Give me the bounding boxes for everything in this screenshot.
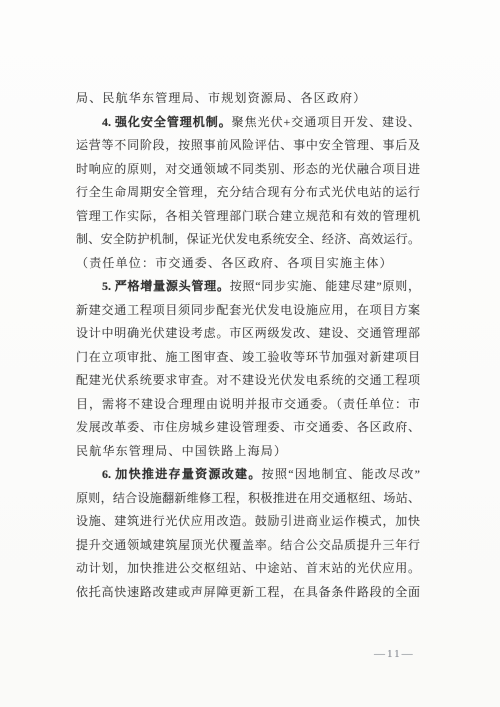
text-line: 门在立项审批、施工图审查、竣工验收等环节加强对新建项目 — [76, 346, 420, 370]
text-line: 民航华东管理局、中国铁路上海局） — [76, 440, 420, 464]
line-text: 门在立项审批、施工图审查、竣工验收等环节加强对新建项目 — [76, 350, 420, 364]
text-line: 制、安全防护机制，保证光伏发电系统安全、经济、高效运行。 — [76, 228, 420, 252]
line-text: 设计中明确光伏建设考虑。市区两级发改、建设、交通管理部 — [76, 326, 420, 340]
line-text: 目，需将不建设合理理由说明并报市交通委。（责任单位：市 — [76, 397, 420, 411]
line-text: 制、安全防护机制，保证光伏发电系统安全、经济、高效运行。 — [76, 232, 420, 246]
text-line: 4. 强化安全管理机制。聚焦光伏+交通项目开发、建设、 — [76, 111, 420, 135]
text-line: 设施、建筑进行光伏应用改造。鼓励引进商业运作模式，加快 — [76, 510, 420, 534]
line-text: 配建光伏系统要求审查。对不建设光伏发电系统的交通工程项 — [76, 373, 420, 387]
line-text: 提升交通领域建筑屋顶光伏覆盖率。结合公交品质提升三年行 — [76, 538, 420, 552]
body-text: 局、民航华东管理局、市规划资源局、各区政府） 4. 强化安全管理机制。聚焦光伏+… — [76, 87, 420, 604]
line-text: 民航华东管理局、中国铁路上海局） — [76, 444, 287, 458]
line-text: 局、民航华东管理局、市规划资源局、各区政府） — [76, 91, 366, 105]
text-line: 行全生命周期安全管理，充分结合现有分布式光伏电站的运行 — [76, 181, 420, 205]
paragraph-heading: 6. 加快推进存量资源改建。 — [102, 467, 262, 481]
text-line: 时响应的原则，对交通领域不同类别、形态的光伏融合项目进 — [76, 158, 420, 182]
text-line: 目，需将不建设合理理由说明并报市交通委。（责任单位：市 — [76, 393, 420, 417]
text-line: 原则，结合设施翻新维修工程，积极推进在用交通枢纽、场站、 — [76, 487, 420, 511]
document-page: 局、民航华东管理局、市规划资源局、各区政府） 4. 强化安全管理机制。聚焦光伏+… — [0, 0, 500, 707]
paragraph-heading: 5. 严格增量源头管理。 — [102, 279, 230, 293]
line-text: （责任单位：市交通委、各区政府、各项目实施主体） — [76, 256, 393, 270]
line-text: 按照“同步实施、能建尽建”原则， — [230, 279, 420, 293]
text-line: 依托高快速路改建或声屏障更新工程，在具备条件路段的全面 — [76, 581, 420, 605]
line-text: 设施、建筑进行光伏应用改造。鼓励引进商业运作模式，加快 — [76, 514, 420, 528]
text-line: 新建交通工程项目须同步配套光伏发电设施应用，在项目方案 — [76, 299, 420, 323]
text-line: 局、民航华东管理局、市规划资源局、各区政府） — [76, 87, 420, 111]
text-line: 动计划，加快推进公交枢纽站、中途站、首末站的光伏应用。 — [76, 557, 420, 581]
page-number: —11— — [374, 646, 415, 662]
text-line: 发展改革委、市住房城乡建设管理委、市交通委、各区政府、 — [76, 416, 420, 440]
line-text: 依托高快速路改建或声屏障更新工程，在具备条件路段的全面 — [76, 585, 420, 599]
line-text: 行全生命周期安全管理，充分结合现有分布式光伏电站的运行 — [76, 185, 420, 199]
text-line: 提升交通领域建筑屋顶光伏覆盖率。结合公交品质提升三年行 — [76, 534, 420, 558]
line-text: 发展改革委、市住房城乡建设管理委、市交通委、各区政府、 — [76, 420, 420, 434]
text-line: 6. 加快推进存量资源改建。按照“因地制宜、能改尽改” — [76, 463, 420, 487]
text-line: 管理工作实际，各相关管理部门联合建立规范和有效的管理机 — [76, 205, 420, 229]
line-text: 聚焦光伏+交通项目开发、建设、 — [232, 115, 420, 129]
text-line: 5. 严格增量源头管理。按照“同步实施、能建尽建”原则， — [76, 275, 420, 299]
line-text: 管理工作实际，各相关管理部门联合建立规范和有效的管理机 — [76, 209, 420, 223]
line-text: 新建交通工程项目须同步配套光伏发电设施应用，在项目方案 — [76, 303, 420, 317]
text-line: 运营等不同阶段，按照事前风险评估、事中安全管理、事后及 — [76, 134, 420, 158]
line-text: 时响应的原则，对交通领域不同类别、形态的光伏融合项目进 — [76, 162, 420, 176]
line-text: 运营等不同阶段，按照事前风险评估、事中安全管理、事后及 — [76, 138, 420, 152]
line-text: 动计划，加快推进公交枢纽站、中途站、首末站的光伏应用。 — [76, 561, 420, 575]
line-text: 按照“因地制宜、能改尽改” — [262, 467, 420, 481]
line-text: 原则，结合设施翻新维修工程，积极推进在用交通枢纽、场站、 — [76, 491, 420, 505]
paragraph-heading: 4. 强化安全管理机制。 — [102, 115, 232, 129]
text-line: 设计中明确光伏建设考虑。市区两级发改、建设、交通管理部 — [76, 322, 420, 346]
text-line: （责任单位：市交通委、各区政府、各项目实施主体） — [76, 252, 420, 276]
text-line: 配建光伏系统要求审查。对不建设光伏发电系统的交通工程项 — [76, 369, 420, 393]
